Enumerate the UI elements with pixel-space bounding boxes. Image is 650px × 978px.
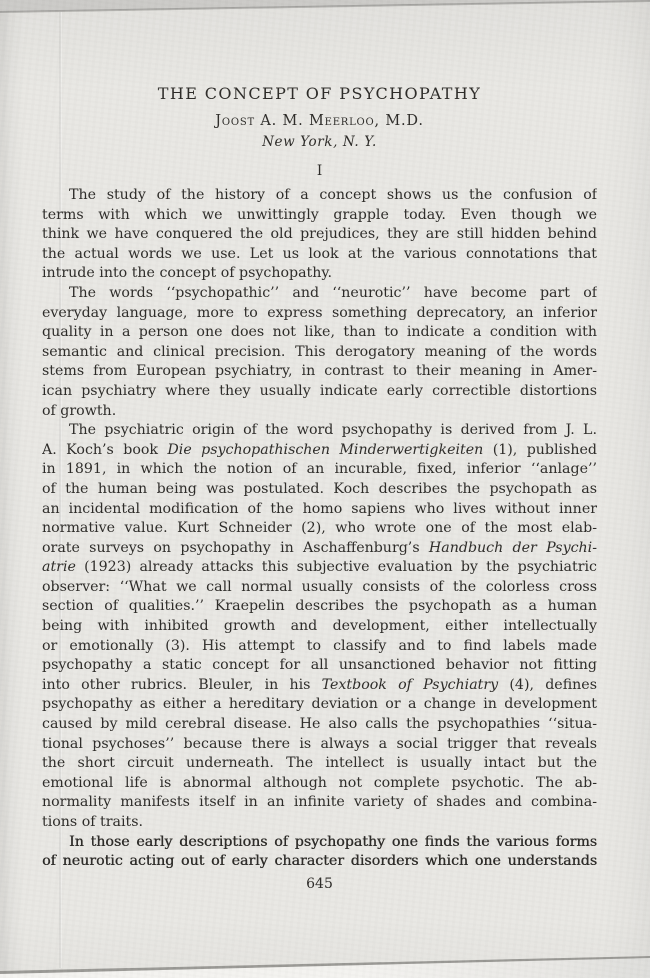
text-line: in 1891, in which the notion of an incur…: [42, 460, 597, 480]
text-line: A. Koch’s book Die psychopathischen Mind…: [42, 441, 597, 461]
text-line: everyday language, more to express somet…: [42, 304, 597, 324]
text-line: stems from European psychiatry, in contr…: [42, 362, 597, 382]
page-number: 645: [42, 875, 597, 893]
text-line: into other rubrics. Bleuler, in his Text…: [42, 676, 597, 696]
text-line: the short circuit underneath. The intell…: [42, 754, 597, 774]
text-line: In those early descriptions of psychopat…: [42, 833, 597, 853]
text-line: ican psychiatry where they usually indic…: [42, 382, 597, 402]
page-title: THE CONCEPT OF PSYCHOPATHY: [42, 84, 597, 104]
text-line: terms with which we unwittingly grapple …: [42, 206, 597, 226]
text-line: atrie (1923) already attacks this subjec…: [42, 558, 597, 578]
text-line: psychopathy a static concept for all uns…: [42, 656, 597, 676]
text-line: the actual words we use. Let us look at …: [42, 245, 597, 265]
text-line: The psychiatric origin of the word psych…: [42, 421, 597, 441]
text-line: orate surveys on psychopathy in Aschaffe…: [42, 539, 597, 559]
text-line: or emotionally (3). His attempt to class…: [42, 637, 597, 657]
text-line: intrude into the concept of psychopathy.: [42, 264, 597, 284]
scanned-page: THE CONCEPT OF PSYCHOPATHY Joost A. M. M…: [0, 0, 650, 978]
text-line: observer: ‘‘What we call normal usually …: [42, 578, 597, 598]
text-line: emotional life is abnormal although not …: [42, 774, 597, 794]
text-line: semantic and clinical precision. This de…: [42, 343, 597, 363]
text-line: tions of traits.: [42, 813, 597, 833]
page-content: THE CONCEPT OF PSYCHOPATHY Joost A. M. M…: [42, 0, 597, 893]
text-line: caused by mild cerebral disease. He also…: [42, 715, 597, 735]
text-line: of neurotic acting out of early characte…: [42, 852, 597, 872]
text-line: normative value. Kurt Schneider (2), who…: [42, 519, 597, 539]
author-name: Joost A. M. Meerloo, M.D.: [42, 113, 597, 129]
text-line: an incidental modification of the homo s…: [42, 500, 597, 520]
text-line: section of qualities.’’ Kraepelin descri…: [42, 597, 597, 617]
text-line: The study of the history of a concept sh…: [42, 186, 597, 206]
section-marker: I: [42, 163, 597, 179]
author-location: New York, N. Y.: [42, 134, 597, 150]
text-line: psychopathy as either a hereditary devia…: [42, 695, 597, 715]
text-line: being with inhibited growth and developm…: [42, 617, 597, 637]
text-line: normality manifests itself in an infinit…: [42, 793, 597, 813]
body-text: The study of the history of a concept sh…: [42, 186, 597, 872]
text-line: quality in a person one does not like, t…: [42, 323, 597, 343]
text-line: of the human being was postulated. Koch …: [42, 480, 597, 500]
text-line: of growth.: [42, 402, 597, 422]
text-line: The words ‘‘psychopathic’’ and ‘‘neuroti…: [42, 284, 597, 304]
text-line: think we have conquered the old prejudic…: [42, 225, 597, 245]
text-line: tional psychoses’’ because there is alwa…: [42, 735, 597, 755]
